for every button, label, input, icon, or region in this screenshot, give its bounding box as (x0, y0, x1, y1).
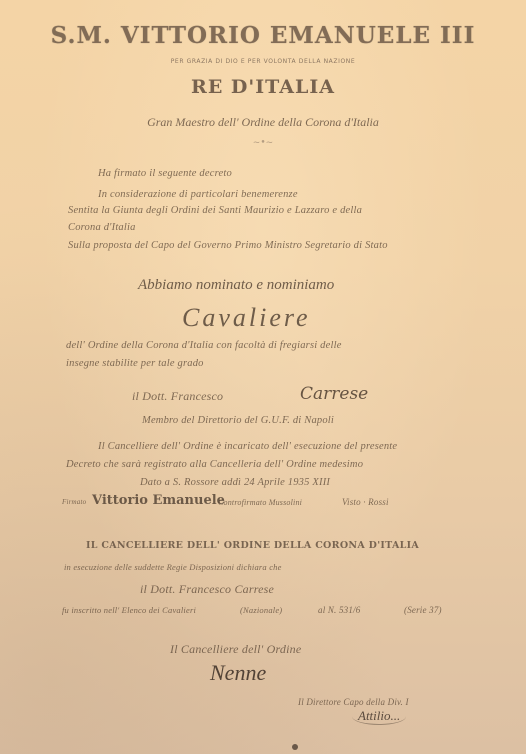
appointment-intro: Abbiamo nominato e nominiamo (138, 277, 334, 294)
decree-line-3: Sentita la Giunta degli Ordini dei Santi… (68, 205, 362, 216)
order-line-2: insegne stabilite per tale grado (66, 358, 204, 369)
document-paper (0, 0, 526, 754)
countersigned: Controfirmato Mussolini (218, 498, 302, 507)
decree-line-5: Sulla proposta del Capo del Governo Prim… (68, 240, 388, 251)
registration-class: (Nazionale) (240, 605, 282, 615)
kingdom-title: RE D'ITALIA (0, 76, 526, 98)
ink-mark (292, 744, 298, 750)
rank-title: Cavaliere (182, 303, 311, 333)
registration-recipient: il Dott. Francesco Carrese (140, 582, 274, 597)
recipient-prefix: il Dott. Francesco (132, 389, 223, 404)
director-title: Il Direttore Capo della Div. I (298, 697, 409, 707)
chancellor-title: Il Cancelliere dell' Ordine (170, 642, 301, 657)
order-line-1: dell' Ordine della Corona d'Italia con f… (66, 340, 342, 351)
gran-maestro-line: Gran Maestro dell' Ordine della Corona d… (0, 115, 526, 130)
ornament-divider: ~•~ (0, 138, 526, 148)
registration-series: (Serie 37) (404, 605, 442, 615)
recipient-surname: Carrese (300, 384, 368, 404)
execution-line-2: Decreto che sarà registrato alla Cancell… (66, 459, 363, 470)
execution-line-1: Il Cancelliere dell' Ordine è incaricato… (98, 441, 397, 452)
registration-line-1: in esecuzione delle suddette Regie Dispo… (64, 562, 282, 572)
decree-line-4: Corona d'Italia (68, 222, 136, 233)
director-signature: Attilio... (352, 708, 406, 725)
recipient-role: Membro del Direttorio del G.U.F. di Napo… (142, 415, 334, 426)
registration-line-2-prefix: fu inscritto nell' Elenco dei Cavalieri (62, 605, 196, 615)
king-title: S.M. VITTORIO EMANUELE III (0, 22, 526, 49)
registration-heading: IL CANCELLIERE DELL' ORDINE DELLA CORONA… (86, 540, 419, 551)
signed-king-name: Vittorio Emanuele (92, 493, 225, 508)
decree-line-1: Ha firmato il seguente decreto (98, 168, 232, 179)
signed-prefix: Firmato (62, 498, 86, 506)
date-line: Dato a S. Rossore addì 24 Aprile 1935 XI… (140, 477, 330, 488)
registration-number: al N. 531/6 (318, 605, 360, 615)
visto-line: Visto · Rossi (342, 497, 389, 507)
decree-line-2: In considerazione di particolari benemer… (98, 189, 298, 200)
chancellor-signature: Nenne (210, 660, 266, 686)
grace-line: PER GRAZIA DI DIO E PER VOLONTÀ DELLA NA… (0, 58, 526, 65)
